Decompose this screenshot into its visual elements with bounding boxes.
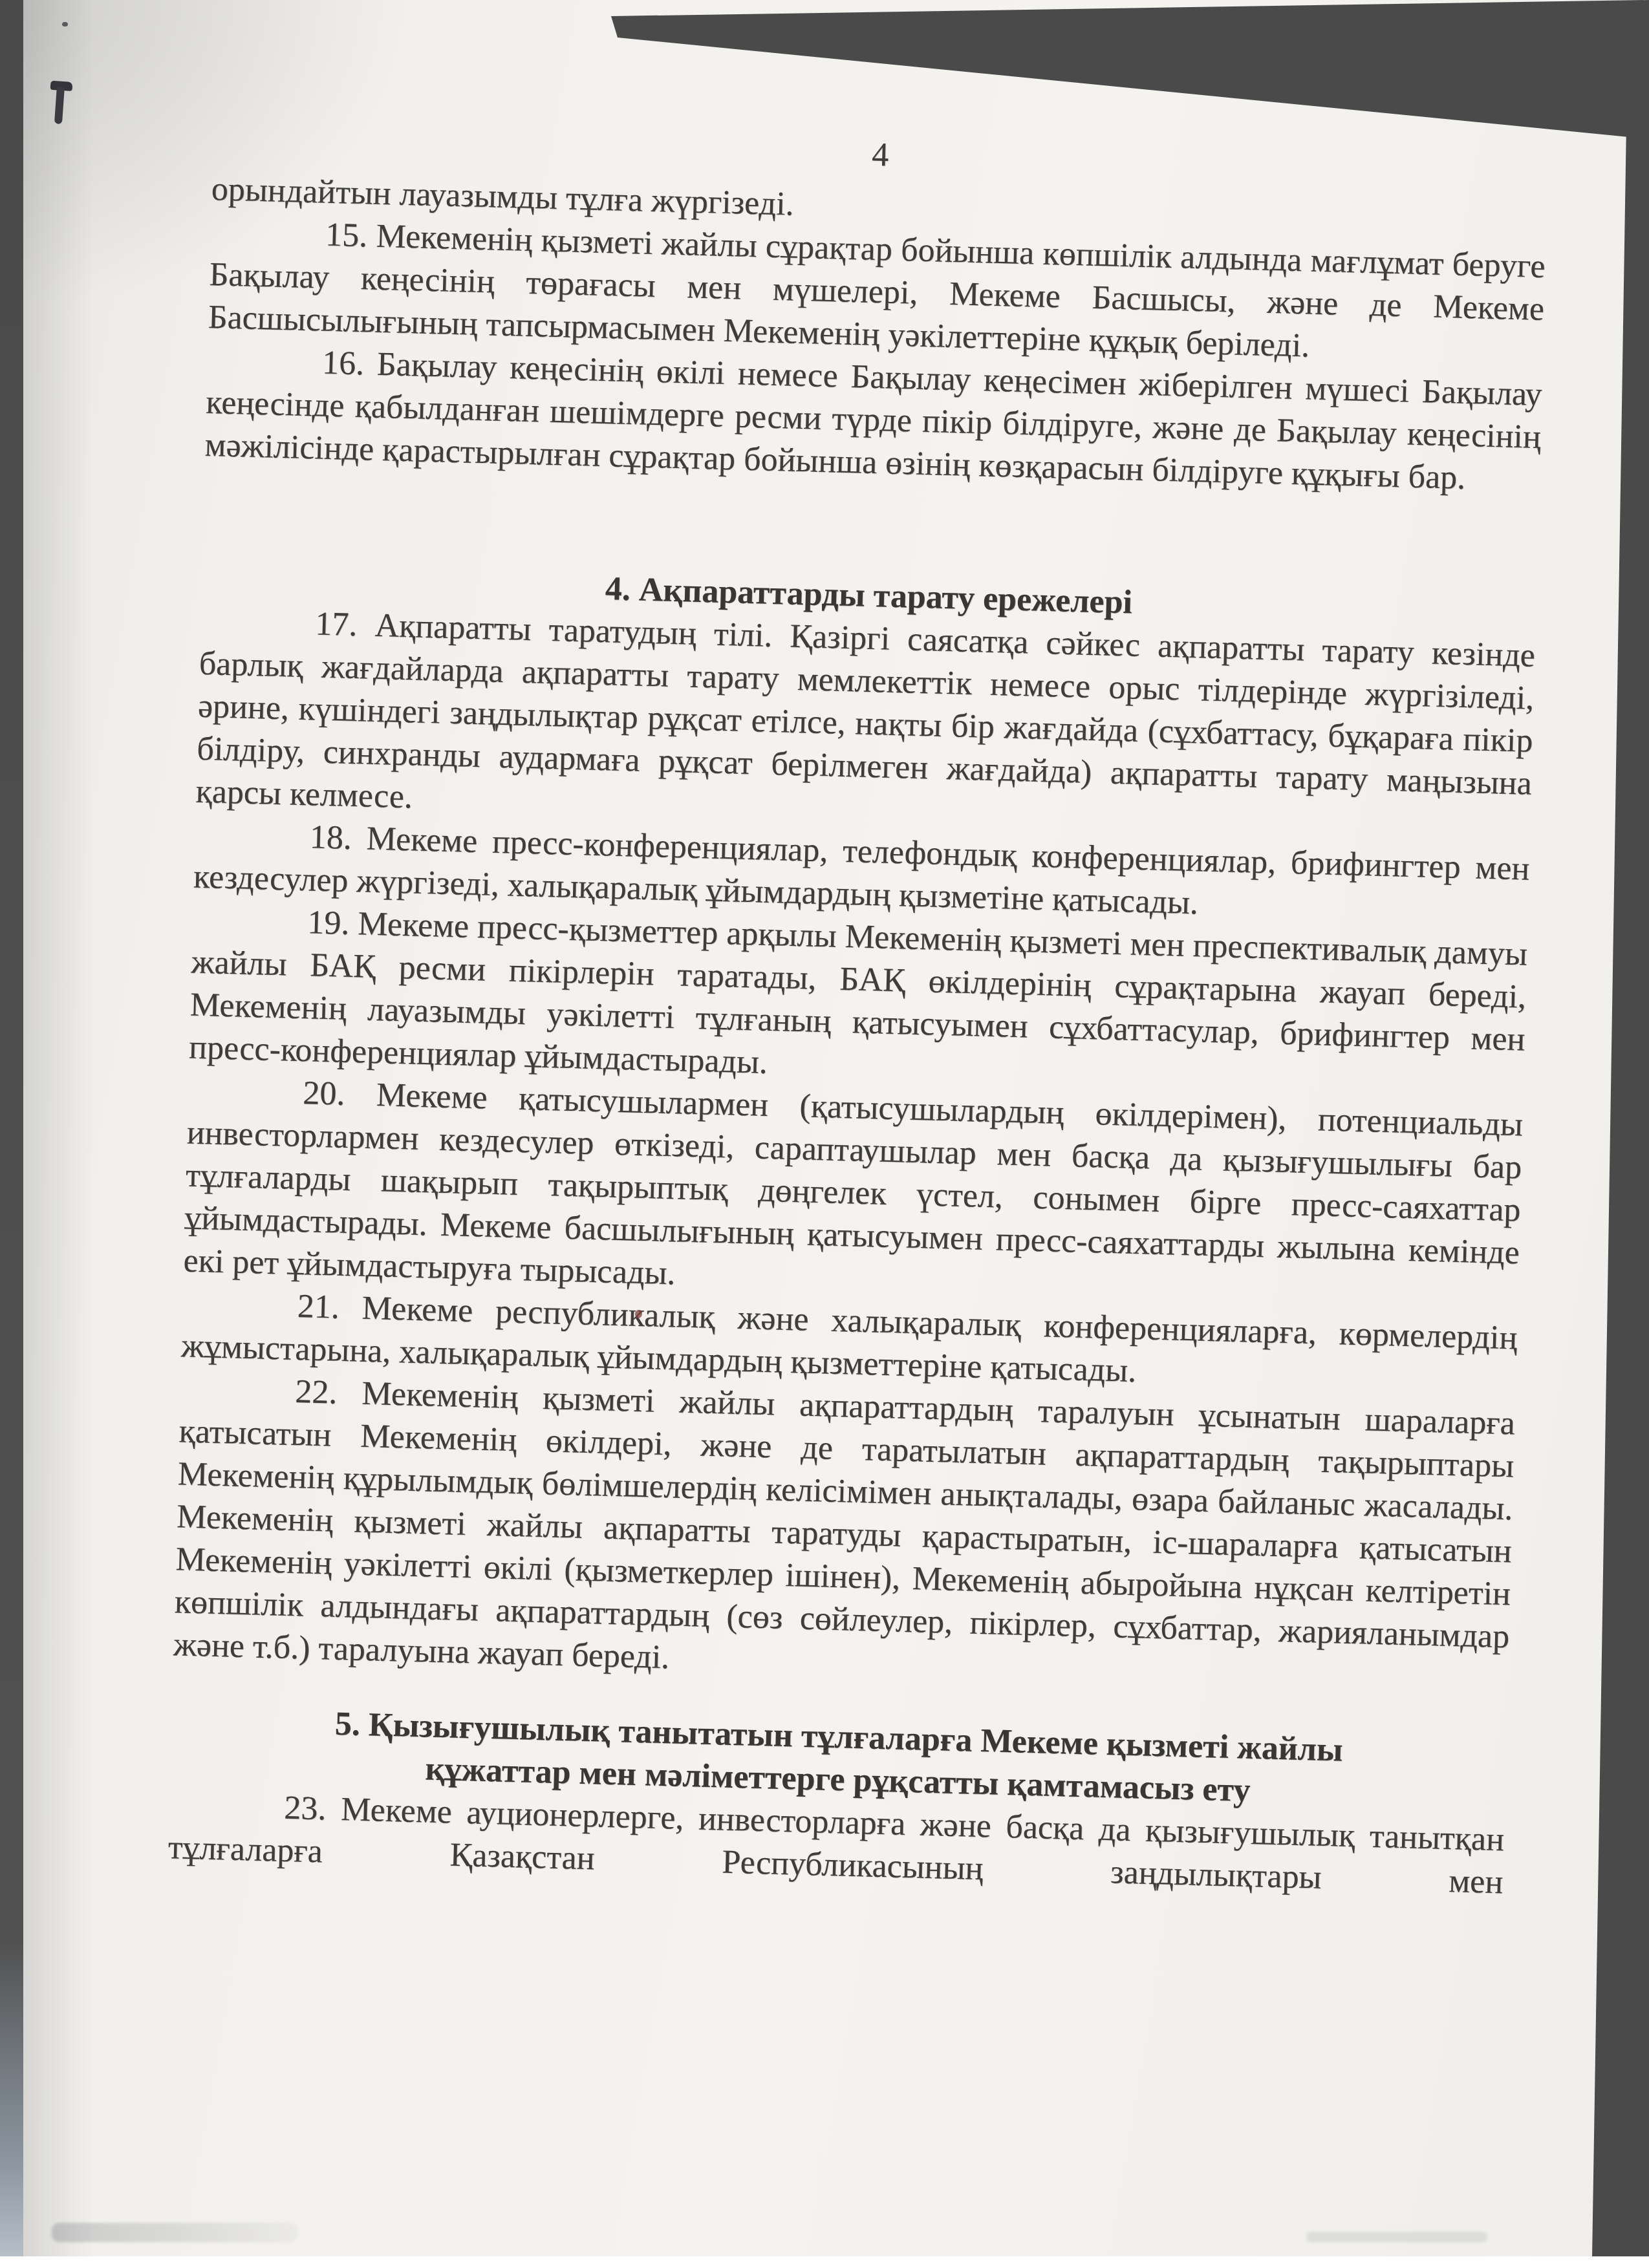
paragraph-17: 17. Ақпаратты таратудың тілі. Қазіргі са… — [195, 600, 1536, 848]
ink-blot-artifact — [48, 81, 77, 129]
scan-edge-left-band — [0, 0, 23, 2258]
paragraph-22: 22. Мекеменің қызметі жайлы ақпараттарды… — [173, 1367, 1515, 1701]
scan-bottom-margin — [0, 2256, 1649, 2268]
ink-dot-artifact — [62, 22, 68, 27]
document-text-block: 4 орындайтын лауазымды тұлға жүргізеді. … — [167, 116, 1548, 1904]
scanned-document-page: { "colors": { "paper": "#f1f0ec", "ink":… — [0, 0, 1649, 2268]
smudge-bottom-right — [1306, 2232, 1487, 2242]
paragraph-19: 19. Мекеме пресс-қызметтер арқылы Мекеме… — [188, 899, 1527, 1104]
paragraph-20: 20. Мекеме қатысушылармен (қатысушыларды… — [183, 1069, 1524, 1317]
smudge-bottom-left — [52, 2223, 297, 2242]
